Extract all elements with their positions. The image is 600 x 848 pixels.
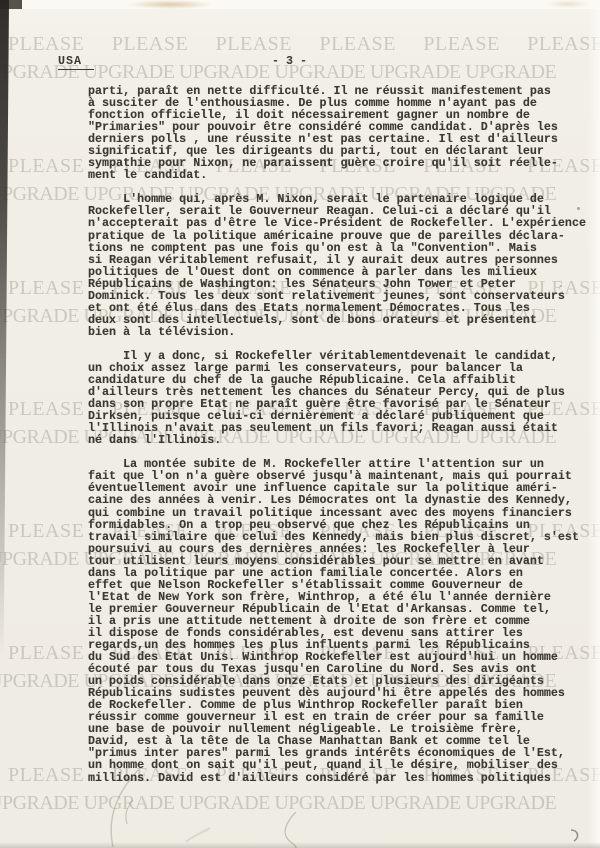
text-line: si Reagan véritablement refusait, il y a… (88, 254, 600, 266)
text-line: politiques de l'Ouest dont on commence à… (88, 266, 600, 278)
ink-speck (577, 207, 580, 210)
page-number: - 3 - (272, 54, 307, 68)
text-line: ment le candidat. (88, 169, 600, 181)
document-body: parti, paraît en nette difficulté. Il ne… (88, 85, 600, 796)
paragraph: parti, paraît en nette difficulté. Il ne… (88, 85, 600, 181)
stain-smudge (128, 0, 212, 9)
text-line: né dans l'Illinois. (88, 434, 600, 446)
text-line: millions. David est d'ailleurs considéré… (88, 772, 600, 784)
text-line: formidables. On a trop peu observé que c… (88, 519, 600, 531)
text-line: travail similaire que celui des Kennedy,… (88, 531, 600, 543)
scan-top-edge (0, 0, 600, 9)
paragraph: La montée subite de M. Rockefeller attir… (88, 458, 600, 783)
text-line: n'accepterait pas d'être le Vice-Préside… (88, 217, 600, 229)
stain-smudge (546, 0, 590, 8)
text-line: tions ne comptent pas une fois qu'on est… (88, 242, 600, 254)
scan-bottom-edge (0, 842, 600, 848)
paragraph: L'homme qui, après M. Nixon, serait le p… (88, 193, 600, 338)
text-line: qui combine un travail politique incessa… (88, 507, 600, 519)
text-line: caine des années à venir. Les Démocrates… (88, 494, 600, 506)
text-line: un homme dont on sait qu'il peut, quand … (88, 759, 600, 771)
text-line: tour utilisent leurs moyens considérable… (88, 555, 600, 567)
text-line: poursuivi au cours des dernières années:… (88, 543, 600, 555)
watermark-text: PLEASE PLEASE PLEASE PLEASE PLEASE PLEAS… (8, 33, 600, 56)
ink-speck (560, 285, 562, 287)
text-line: pratique de la politique américaine prou… (88, 230, 600, 242)
text-line: Républicains de Washington: les Sénateur… (88, 278, 600, 290)
scan-right-edge (587, 0, 600, 848)
document-page: PLEASE PLEASE PLEASE PLEASE PLEASE PLEAS… (0, 0, 600, 848)
text-line: dans la politique par une action familia… (88, 567, 600, 579)
paragraph: Il y a donc, si Rockefeller véritablemen… (88, 350, 600, 446)
text-line: Dominick. Tous les deux sont relativemen… (88, 290, 600, 302)
text-line: bien à la télévision. (88, 326, 600, 338)
document-title: USA (58, 54, 94, 70)
